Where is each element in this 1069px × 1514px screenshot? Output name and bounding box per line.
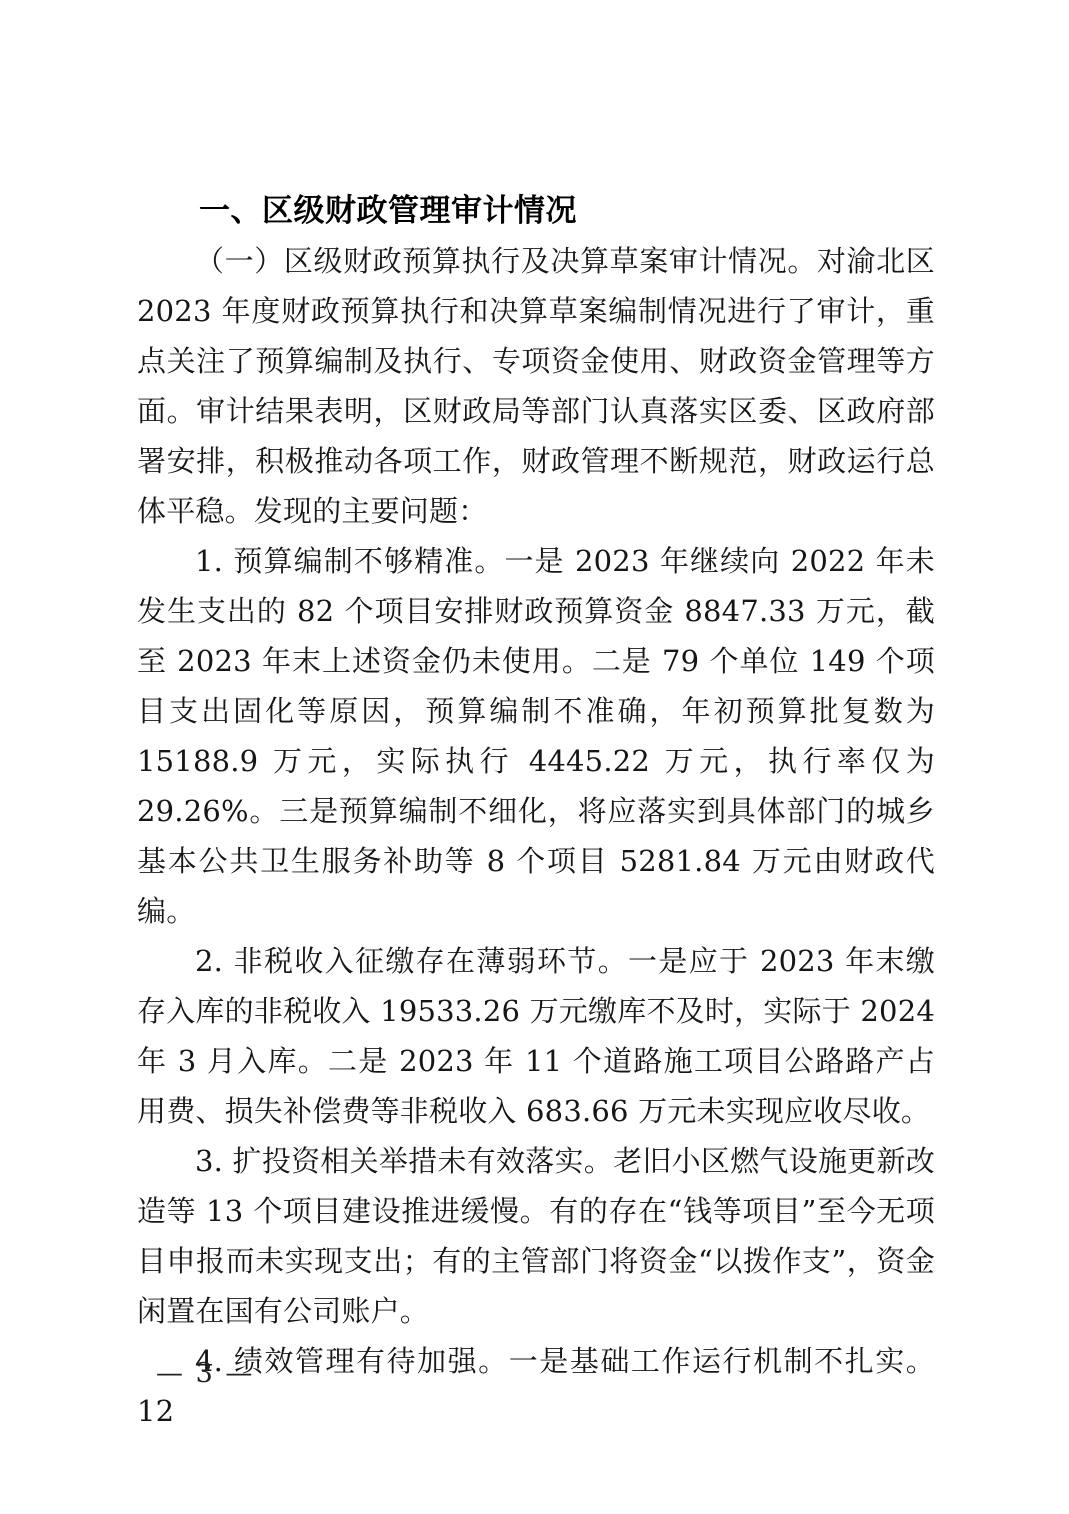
paragraph-intro: （一）区级财政预算执行及决算草案审计情况。对渝北区 2023 年度财政预算执行和… <box>137 236 935 536</box>
paragraph-item-3: 3. 扩投资相关举措未有效落实。老旧小区燃气设施更新改造等 13 个项目建设推进… <box>137 1136 935 1336</box>
paragraph-item-1: 1. 预算编制不够精准。一是 2023 年继续向 2022 年未发生支出的 82… <box>137 536 935 936</box>
document-page: 一、区级财政管理审计情况 （一）区级财政预算执行及决算草案审计情况。对渝北区 2… <box>0 0 1069 1514</box>
paragraph-item-2: 2. 非税收入征缴存在薄弱环节。一是应于 2023 年末缴存入库的非税收入 19… <box>137 936 935 1136</box>
text-block: 一、区级财政管理审计情况 （一）区级财政预算执行及决算草案审计情况。对渝北区 2… <box>137 186 935 1436</box>
page-number: — 3 — <box>156 1358 254 1390</box>
paragraph-item-4: 4. 绩效管理有待加强。一是基础工作运行机制不扎实。12 <box>137 1336 935 1436</box>
section-heading: 一、区级财政管理审计情况 <box>137 186 935 236</box>
